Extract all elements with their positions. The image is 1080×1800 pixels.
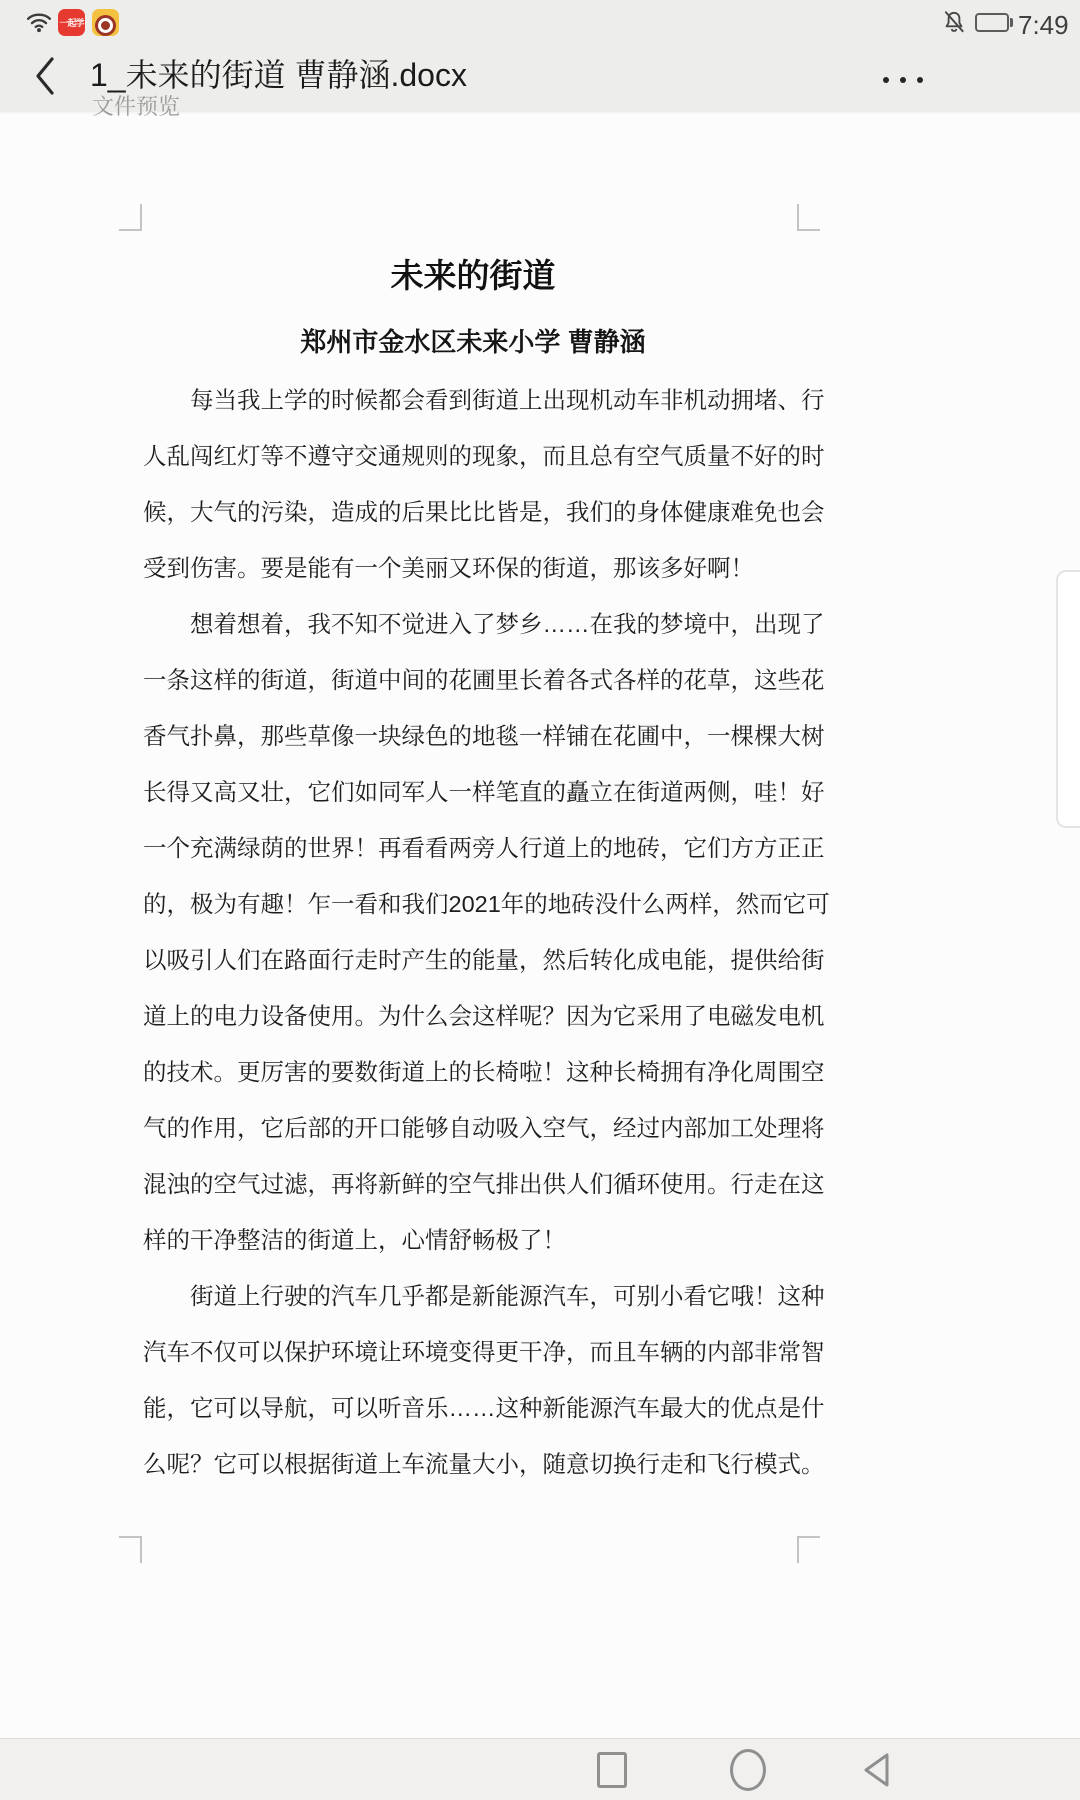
navigation-bar [0,1738,1080,1800]
document-text-line: 以吸引人们在路面行走时产生的能量，然后转化成电能，提供给街 [143,932,803,988]
scrollbar-thumb[interactable] [1056,570,1080,828]
document-text-line: 的，极为有趣！乍一看和我们2021年的地砖没什么两样，然而它可 [143,876,803,932]
document-text-line: 一个充满绿荫的世界！再看看两旁人行道上的地砖，它们方方正正 [143,820,803,876]
document-text-line: 能，它可以导航，可以听音乐……这种新能源汽车最大的优点是什 [143,1380,803,1436]
recents-button[interactable] [567,1739,657,1800]
document-byline: 郑州市金水区未来小学 曹静涵 [143,322,803,359]
document-text-line: 每当我上学的时候都会看到街道上出现机动车非机动拥堵、行 [143,372,803,428]
page-corner-mark-bottom-left [119,1536,142,1563]
document-text-line: 候，大气的污染，造成的后果比比皆是，我们的身体健康难免也会 [143,484,803,540]
document-text-line: 受到伤害。要是能有一个美丽又环保的街道，那该多好啊！ [143,540,803,596]
back-chevron-icon [32,55,58,97]
document-text-line: 街道上行驶的汽车几乎都是新能源汽车，可别小看它哦！这种 [143,1268,803,1324]
app-notification-icon-red: 一起学 [58,9,85,36]
wifi-icon [26,10,52,39]
weibo-eye-glyph [98,18,113,33]
home-circle-icon [730,1749,766,1791]
document-text-line: 么呢？它可以根据街道上车流量大小，随意切换行走和飞行模式。 [143,1436,803,1492]
document-text-line: 长得又高又壮，它们如同军人一样笔直的矗立在街道两侧，哇！好 [143,764,803,820]
header: 1_未来的街道 曹静涵.docx 文件预览 [0,42,1080,112]
status-time: 7:49 [1018,10,1069,41]
document-text-line: 样的干净整洁的街道上，心情舒畅极了！ [143,1212,803,1268]
status-bar: 一起学 7:49 [0,0,1080,42]
document-text-line: 一条这样的街道，街道中间的花圃里长着各式各样的花草，这些花 [143,652,803,708]
more-dot [900,77,906,83]
red-app-label: 一起学 [59,16,83,29]
battery-icon [975,13,1009,32]
android-back-button[interactable] [831,1739,921,1800]
document-text-line: 道上的电力设备使用。为什么会这样呢？因为它采用了电磁发电机 [143,988,803,1044]
document-text-line: 香气扑鼻，那些草像一块绿色的地毯一样铺在花圃中，一棵棵大树 [143,708,803,764]
home-button[interactable] [703,1739,793,1800]
back-triangle-icon [859,1750,893,1790]
document-text-line: 混浊的空气过滤，再将新鲜的空气排出供人们循环使用。行走在这 [143,1156,803,1212]
more-dot [917,77,923,83]
more-menu-button[interactable] [868,62,938,98]
document-title: 未来的街道 [143,250,803,297]
notifications-muted-icon [941,9,967,40]
document-preview-area: 未来的街道 郑州市金水区未来小学 曹静涵 每当我上学的时候都会看到街道上出现机动… [0,112,1080,1738]
page-corner-mark-top-right [797,204,820,231]
document-text-line: 气的作用，它后部的开口能够自动吸入空气，经过内部加工处理将 [143,1100,803,1156]
document-body: 每当我上学的时候都会看到街道上出现机动车非机动拥堵、行人乱闯红灯等不遵守交通规则… [143,372,803,1492]
battery-nub [1010,18,1013,27]
document-text-line: 汽车不仅可以保护环境让环境变得更干净，而且车辆的内部非常智 [143,1324,803,1380]
back-button[interactable] [20,48,70,104]
recents-square-icon [597,1752,627,1788]
page-corner-mark-bottom-right [797,1536,820,1563]
document-text-line: 想着想着，我不知不觉进入了梦乡……在我的梦境中，出现了 [143,596,803,652]
document-text-line: 的技术。更厉害的要数街道上的长椅啦！这种长椅拥有净化周围空 [143,1044,803,1100]
file-preview-label: 文件预览 [92,90,180,121]
top-chrome: 一起学 7:49 1_未来的街道 曹静涵.docx 文件预览 [0,0,1080,112]
document-text-line: 人乱闯红灯等不遵守交通规则的现象，而且总有空气质量不好的时 [143,428,803,484]
weibo-app-icon [92,9,119,36]
more-dot [883,77,889,83]
page-corner-mark-top-left [119,204,142,231]
